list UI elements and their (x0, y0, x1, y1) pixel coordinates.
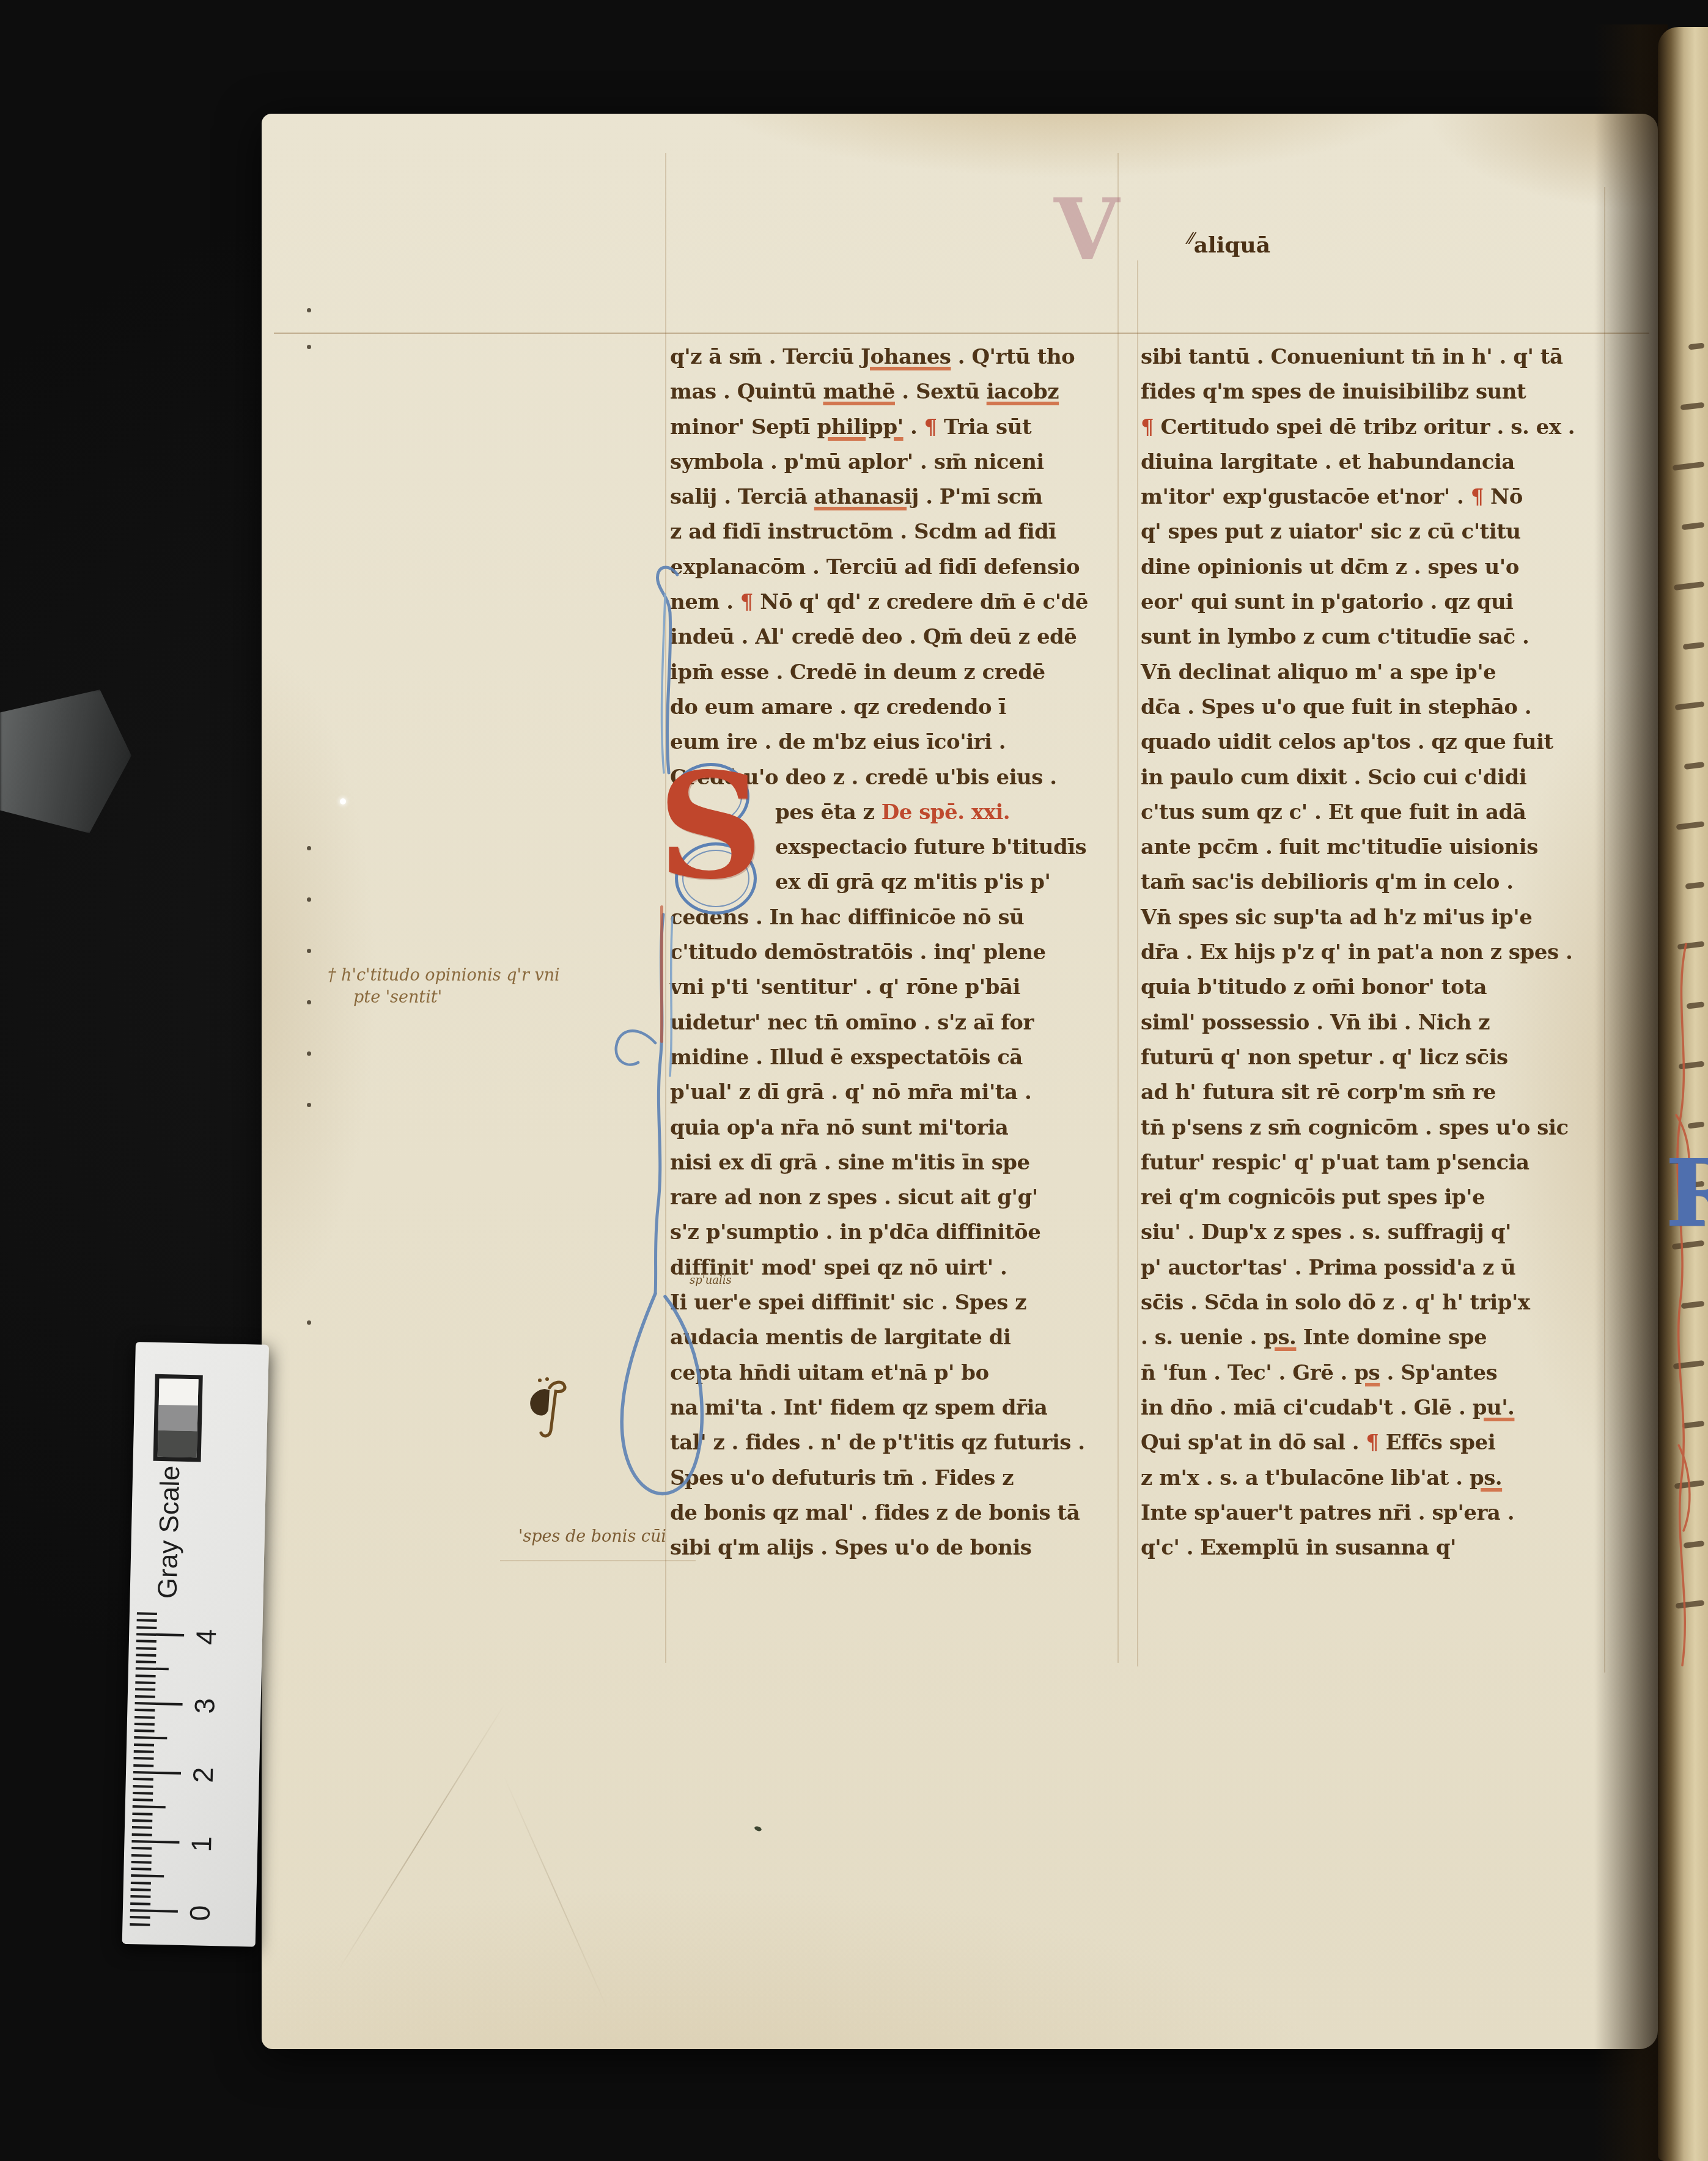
body-text: mathē (823, 380, 895, 404)
body-text: in dn̄o . miā ci'cudab't . Glē . (1141, 1396, 1473, 1420)
ruler-tick (136, 1626, 156, 1629)
text-line: n̄ 'fun . Tec' . Grē . ps . Sp'antes (1141, 1356, 1618, 1391)
running-word-group: ⁄⁄aliquā (1188, 230, 1270, 258)
rubric-text: ¶ (924, 415, 937, 440)
ruler-tick (131, 1854, 152, 1857)
ruler-tick (134, 1736, 167, 1739)
card-label: Gray Scale (149, 1459, 189, 1606)
text-line: Vn̄ declinat aliquo m' a spe ip'e (1141, 655, 1618, 690)
ruler-tick (136, 1640, 156, 1643)
facing-text-fragment (1674, 581, 1705, 591)
body-text: pu'. (1473, 1396, 1515, 1420)
body-text: sibi tantū . Conueniunt tn̄ in h' . q' t… (1141, 345, 1563, 369)
prick-dot (307, 949, 311, 953)
ruler-tick (137, 1619, 157, 1622)
text-line: ante pcc̄m . fuit mc'titudīe uisionis (1141, 830, 1618, 865)
body-text: tn̄ p'sens z sm̄ cognicōm . spes u'o sic (1141, 1116, 1569, 1140)
text-line: minor' Septī philipp' . ¶ Tria sūt (670, 410, 1125, 445)
dark-speck (754, 1825, 762, 1832)
text-line: ad h' futura sit rē corp'm sm̄ re (1141, 1075, 1618, 1110)
body-text: n̄ 'fun . Tec' . Grē . (1141, 1361, 1354, 1385)
prick-dot (307, 1000, 311, 1004)
text-line: symbola . p'mū aplor' . sm̄ niceni (670, 445, 1125, 480)
facing-text-fragment (1685, 882, 1705, 889)
body-text: quado uidit celos ap'tos . qz que fuit (1141, 730, 1553, 754)
text-line: . s. uenie . ps. Inte domine spe (1141, 1320, 1618, 1355)
ruler-tick (135, 1702, 183, 1706)
text-line: in dn̄o . miā ci'cudab't . Glē . pu'. (1141, 1391, 1618, 1426)
margin-note-line: h'c'titudo opinionis q'r vni (341, 966, 560, 985)
pen-flourish-icon (580, 536, 763, 1550)
ruler-tick (133, 1792, 153, 1795)
text-line: Qui sp'at in dō sal . ¶ Effc̄s spei (1141, 1426, 1618, 1460)
body-text: in paulo cum dixit . Scio cui c'didi (1141, 765, 1526, 790)
ruler-tick (135, 1681, 155, 1684)
text-line: salij . Terciā athanasij . P'mī scm̄ (670, 480, 1125, 515)
body-text: fides q'm spes de inuisibilibz sunt (1141, 380, 1526, 404)
body-text: q' spes put z uiator' sic z cū c'titu (1141, 520, 1521, 544)
body-text: symbola . p'mū aplor' . sm̄ niceni (670, 450, 1044, 474)
text-line: fides q'm spes de inuisibilibz sunt (1141, 375, 1618, 410)
body-text: . s. uenie . (1141, 1325, 1264, 1350)
initial-s-tail (660, 905, 663, 1043)
paraph-mark-icon (521, 1372, 576, 1445)
text-line: sc̄is . Sc̄da in solo dō z . q' h' trip'… (1141, 1286, 1618, 1320)
facing-page-edge: R (1658, 27, 1708, 2161)
body-text: quia b'titudo z om̄i bonor' tota (1141, 975, 1487, 1000)
ruler-tick (135, 1695, 155, 1698)
body-text: ad h' futura sit rē corp'm sm̄ re (1141, 1080, 1496, 1105)
text-line: quado uidit celos ap'tos . qz que fuit (1141, 725, 1618, 760)
ruler-ticks (136, 1342, 269, 1345)
body-text: mas . Quintū (670, 380, 823, 404)
rubric-text: De spē. xxi. (882, 800, 1010, 825)
body-text: rei q'm cognicōis put spes ip'e (1141, 1185, 1485, 1210)
ruler-tick (134, 1716, 155, 1719)
text-line: siu' . Dup'x z spes . s. suffragij q' (1141, 1215, 1618, 1250)
body-text: q'c' . Exemplū in susanna q' (1141, 1536, 1456, 1560)
body-text: . Q'rtū tho (951, 345, 1075, 369)
ruler-tick (136, 1654, 156, 1657)
text-line: diuina largitate . et habundancia (1141, 445, 1618, 480)
body-text: diuina largitate . et habundancia (1141, 450, 1515, 474)
text-line: quia b'titudo z om̄i bonor' tota (1141, 970, 1618, 1005)
body-text: dine opinionis ut dc̄m z . spes u'o (1141, 555, 1519, 580)
ruler-tick (131, 1861, 152, 1864)
ruler-tick (131, 1847, 152, 1850)
text-line: Inte sp'auer't patres nr̄i . sp'era . (1141, 1496, 1618, 1531)
body-text: . Sp'antes (1380, 1361, 1497, 1385)
gray-patches (153, 1374, 203, 1462)
body-text: Vn̄ declinat aliquo m' a spe ip'e (1141, 660, 1496, 685)
prick-dot (307, 897, 311, 902)
folio-mark: V (1054, 180, 1119, 279)
facing-text-fragment (1676, 821, 1705, 830)
body-text: minor' Septī (670, 415, 817, 440)
facing-text-fragment (1682, 522, 1705, 530)
ruler-number: 2 (186, 1759, 219, 1791)
facing-text-fragment (1684, 762, 1705, 770)
gray-patch (159, 1379, 199, 1405)
facing-text-fragment (1680, 402, 1705, 411)
ruler-tick (132, 1813, 152, 1816)
body-text: sc̄is . Sc̄da in solo dō z . q' h' trip'… (1141, 1290, 1530, 1315)
text-line: dr̄a . Ex hijs p'z q' in pat'a non z spe… (1141, 935, 1618, 970)
insertion-marks-icon: ⁄⁄ (1188, 230, 1194, 248)
prick-dot (307, 1051, 311, 1056)
gray-patch (158, 1430, 197, 1457)
body-text: salij . Terciā (670, 485, 814, 509)
ruler-tick (136, 1633, 184, 1636)
body-text: ps (1354, 1361, 1380, 1385)
ruler-tick (134, 1750, 154, 1753)
ruler-tick (133, 1764, 153, 1767)
text-line: Vn̄ spes sic sup'ta ad h'z mi'us ip'e (1141, 900, 1618, 935)
text-line: futur' respic' q' p'uat tam p'sencia (1141, 1146, 1618, 1180)
text-line: q'c' . Exemplū in susanna q' (1141, 1531, 1618, 1566)
body-text: m'itor' exp'gustacōe et'nor' . (1141, 485, 1471, 509)
body-text: ps. (1470, 1466, 1502, 1490)
text-line: mas . Quintū mathē . Sextū iacobz (670, 375, 1125, 410)
text-line: rei q'm cognicōis put spes ip'e (1141, 1180, 1618, 1215)
gray-patch (158, 1405, 198, 1432)
body-text: pes ēta z (775, 800, 882, 825)
ruler-number: 3 (188, 1690, 221, 1722)
text-line: tn̄ p'sens z sm̄ cognicōm . spes u'o sic (1141, 1111, 1618, 1146)
body-text: . (904, 415, 924, 440)
ruler-numbers: 43210 (136, 1342, 269, 1345)
body-text: philipp' (817, 415, 903, 440)
ruler-tick (130, 1909, 178, 1913)
body-text: Tria sūt (937, 415, 1031, 440)
ruler-tick (136, 1660, 156, 1663)
ruler-tick (134, 1723, 155, 1726)
body-text: exspectacio future b'titudīs (775, 835, 1086, 860)
body-text: . P'mī scm̄ (919, 485, 1043, 509)
body-text: Johanes (861, 345, 951, 369)
ruler-tick (137, 1612, 157, 1615)
text-line: eor' qui sunt in p'gatorio . qz qui (1141, 585, 1618, 620)
parchment-crease (336, 1703, 506, 1973)
body-text: Inte sp'auer't patres nr̄i . sp'era . (1141, 1501, 1514, 1525)
ruler-tick (133, 1798, 153, 1802)
prick-dot (307, 1320, 311, 1325)
text-line: in paulo cum dixit . Scio cui c'didi (1141, 760, 1618, 795)
ruler-tick (136, 1647, 156, 1650)
facing-text-fragment (1675, 701, 1705, 710)
ruling-line-col2-left (1137, 260, 1138, 1666)
body-text: p' auctor'tas' . Prima possid'a z ū (1141, 1256, 1515, 1280)
ruler-tick (130, 1895, 150, 1898)
ruler-tick (134, 1743, 154, 1747)
ruler-tick (136, 1668, 169, 1671)
ruler-tick (130, 1923, 150, 1926)
body-text: dc̄a . Spes u'o que fuit in stephāo . (1141, 695, 1531, 720)
body-text: athanasij (814, 485, 919, 509)
margin-note-line: pte 'sentit' (328, 987, 560, 1009)
text-line: ¶ Certitudo spei dē tribz oritur . s. ex… (1141, 410, 1618, 445)
ruler-tick (131, 1874, 164, 1877)
manuscript-page: V ⁄⁄aliquā q'z ā sm̄ . Terciū Johanes . … (262, 114, 1658, 2049)
ruler-tick (136, 1674, 156, 1677)
body-text: Qui sp'at in dō sal . (1141, 1430, 1366, 1455)
gutter-shadow (1594, 24, 1668, 2161)
initial-s: S (658, 751, 774, 910)
photo-backdrop: V ⁄⁄aliquā q'z ā sm̄ . Terciū Johanes . … (0, 0, 1708, 2161)
body-text: ante pcc̄m . fuit mc'titudīe uisionis (1141, 835, 1538, 860)
body-text: eor' qui sunt in p'gatorio . qz qui (1141, 590, 1514, 614)
column-right: sibi tantū . Conueniunt tn̄ in h' . q' t… (1141, 340, 1618, 1566)
text-line: dine opinionis ut dc̄m z . spes u'o (1141, 550, 1618, 585)
text-line: sibi tantū . Conueniunt tn̄ in h' . q' t… (1141, 340, 1618, 375)
body-text: dr̄a . Ex hijs p'z q' in pat'a non z spe… (1141, 940, 1572, 965)
plastic-clip (0, 690, 131, 833)
prick-dot (307, 308, 311, 312)
body-text: Effc̄s spei (1379, 1430, 1496, 1455)
ruler-tick (133, 1805, 166, 1808)
body-text: Nō q' qd' z credere dm̄ ē c'dē (753, 590, 1088, 614)
gray-scale-card: Gray Scale 43210 (122, 1342, 269, 1947)
ruling-line-top (274, 333, 1649, 334)
ruler-tick (131, 1882, 151, 1885)
ruler-tick (132, 1826, 152, 1829)
body-text: . Sextū (895, 380, 987, 404)
ruler-tick (134, 1729, 155, 1732)
body-text: z m'x . s. a t'bulacōne lib'at . (1141, 1466, 1470, 1490)
text-line: z m'x . s. a t'bulacōne lib'at . ps. (1141, 1461, 1618, 1496)
facing-initial: R (1665, 1138, 1708, 1248)
ruler-number: 4 (190, 1621, 222, 1653)
ruler-tick (134, 1709, 155, 1712)
body-text: tam̄ sac'is debilioris q'm in celo . (1141, 870, 1514, 894)
ruler-tick (130, 1902, 150, 1905)
text-line: siml' possessio . Vn̄ ibi . Nich z (1141, 1006, 1618, 1040)
ruler-number: 0 (183, 1897, 216, 1929)
body-text: ex dī grā qz m'itis p'is p' (775, 870, 1050, 894)
ruler-tick (131, 1888, 151, 1891)
body-text: siu' . Dup'x z spes . s. suffragij q' (1141, 1220, 1511, 1245)
body-text: q'z ā sm̄ . Terciū (670, 345, 861, 369)
text-line: sunt in lymbo z cum c'titudīe sac̄ . (1141, 620, 1618, 655)
body-text: futurū q' non spetur . q' licz sc̄is (1141, 1045, 1508, 1070)
ruler-tick (131, 1868, 151, 1871)
prick-dot (307, 846, 311, 850)
white-speck (340, 798, 346, 804)
facing-text-fragment (1673, 462, 1705, 471)
margin-note-prefix: † (328, 966, 336, 985)
body-text: Vn̄ spes sic sup'ta ad h'z mi'us ip'e (1141, 905, 1532, 930)
red-flourish-icon (1658, 932, 1708, 1702)
body-text: siml' possessio . Vn̄ ibi . Nich z (1141, 1011, 1490, 1035)
parchment-crease (503, 1775, 609, 2011)
ruler-tick (133, 1785, 153, 1788)
prick-dot (307, 345, 311, 349)
ruler-tick (133, 1771, 181, 1775)
text-line: q'z ā sm̄ . Terciū Johanes . Q'rtū tho (670, 340, 1125, 375)
rubric-text: ¶ (1366, 1430, 1379, 1455)
ruler-tick (133, 1757, 153, 1760)
facing-text-fragment (1683, 642, 1705, 650)
text-line: q' spes put z uiator' sic z cū c'titu (1141, 515, 1618, 550)
ruler-tick (135, 1688, 155, 1691)
body-text: iacobz (987, 380, 1059, 404)
body-text: c'tus sum qz c' . Et que fuit in adā (1141, 800, 1526, 825)
body-text: sunt in lymbo z cum c'titudīe sac̄ . (1141, 625, 1529, 649)
body-text: futur' respic' q' p'uat tam p'sencia (1141, 1150, 1529, 1175)
text-line: tam̄ sac'is debilioris q'm in celo . (1141, 865, 1618, 900)
ruler-tick (131, 1840, 179, 1844)
ruler-number: 1 (185, 1828, 218, 1860)
body-text: Certitudo spei dē tribz oritur . s. ex . (1154, 415, 1575, 440)
body-text: Nō (1484, 485, 1523, 509)
prick-dot (307, 1103, 311, 1107)
body-text: Inte domine spe (1296, 1325, 1487, 1350)
rubric-text: ¶ (1141, 415, 1154, 440)
running-word: aliquā (1194, 232, 1270, 258)
ruler-tick (133, 1778, 153, 1781)
text-line: futurū q' non spetur . q' licz sc̄is (1141, 1040, 1618, 1075)
text-line: p' auctor'tas' . Prima possid'a z ū (1141, 1251, 1618, 1286)
facing-text-fragment (1688, 342, 1705, 350)
text-line: c'tus sum qz c' . Et que fuit in adā (1141, 795, 1618, 830)
ruler-tick (132, 1819, 152, 1822)
rubric-text: ¶ (1471, 485, 1484, 509)
ruler-tick (130, 1916, 150, 1919)
text-line: m'itor' exp'gustacōe et'nor' . ¶ Nō (1141, 480, 1618, 515)
ruler-tick (132, 1833, 152, 1836)
margin-note-left: † h'c'titudo opinionis q'r vni pte 'sent… (328, 965, 560, 1009)
text-line: dc̄a . Spes u'o que fuit in stephāo . (1141, 690, 1618, 725)
ruling-line-bottom (500, 1560, 696, 1561)
body-text: ps. (1264, 1325, 1296, 1350)
